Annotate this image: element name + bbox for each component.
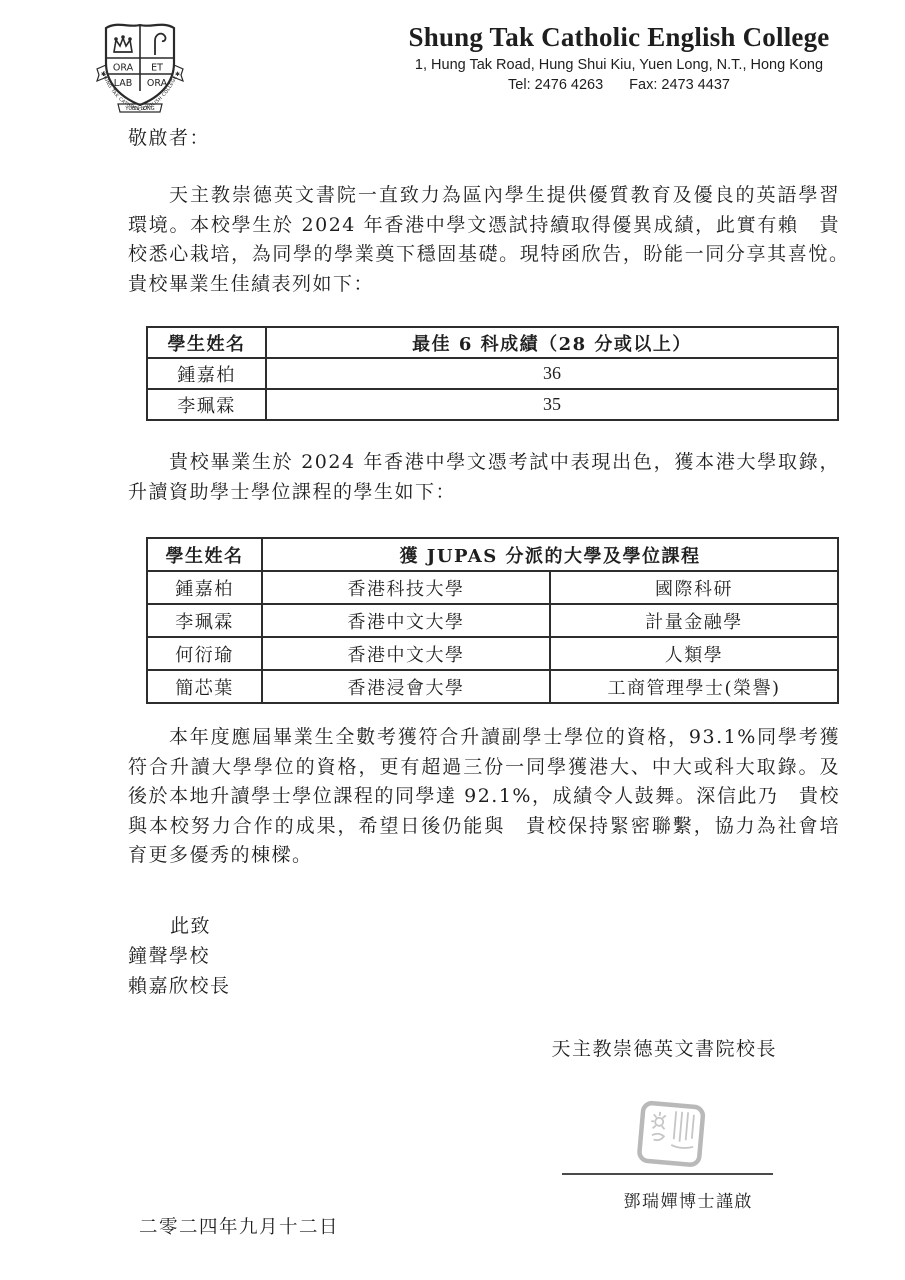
logo-motto-lab: LAB <box>114 78 133 89</box>
university-cell: 香港浸會大學 <box>262 670 550 703</box>
table-row: 李珮霖 35 <box>147 389 838 420</box>
signer-title: 天主教崇德英文書院校長 <box>551 1034 777 1061</box>
column-header-best6: 最佳 6 科成績（28 分或以上） <box>266 327 838 358</box>
salutation: 敬啟者： <box>128 123 210 150</box>
school-name: Shung Tak Catholic English College <box>398 22 840 52</box>
closing-cizhi: 此致 <box>128 911 211 938</box>
paragraph-2: 貴校畢業生於 2024 年香港中學文憑考試中表現出色，獲本港大學取錄，升讀資助學… <box>128 448 840 507</box>
logo-motto-et: ET <box>151 63 163 74</box>
school-contact: Tel: 2476 4263Fax: 2473 4437 <box>398 76 840 94</box>
table-row: 鍾嘉柏 36 <box>147 358 838 389</box>
letterhead: Shung Tak Catholic English College 1, Hu… <box>398 22 840 94</box>
student-name-cell: 何衍瑜 <box>147 637 262 670</box>
table-row: 鍾嘉柏 香港科技大學 國際科研 <box>147 571 838 604</box>
school-fax: Fax: 2473 4437 <box>629 77 730 93</box>
letter-date: 二零二四年九月十二日 <box>139 1213 339 1239</box>
table-row: 李珮霖 香港中文大學 計量金融學 <box>147 604 838 637</box>
programme-cell: 工商管理學士(榮譽) <box>550 670 838 703</box>
programme-cell: 人類學 <box>550 637 838 670</box>
programme-cell: 計量金融學 <box>550 604 838 637</box>
student-name-cell: 李珮霖 <box>147 389 266 420</box>
letter-page: ORA ET LAB ORA ✱ ✱ SHUNG TAK CATHOLIC EN… <box>0 0 905 1280</box>
university-cell: 香港中文大學 <box>262 637 550 670</box>
score-cell: 36 <box>266 358 838 389</box>
student-name-cell: 李珮霖 <box>147 604 262 637</box>
principal-seal-stamp-icon <box>634 1099 710 1173</box>
paragraph-1: 天主教崇德英文書院一直致力為區內學生提供優質教育及優良的英語學習環境。本校學生於… <box>128 181 840 299</box>
column-header-jupas: 獲 JUPAS 分派的大學及學位課程 <box>262 538 838 571</box>
column-header-student-name: 學生姓名 <box>147 327 266 358</box>
school-crest-logo: ORA ET LAB ORA ✱ ✱ SHUNG TAK CATHOLIC EN… <box>85 15 195 115</box>
table-header-row: 學生姓名 最佳 6 科成績（28 分或以上） <box>147 327 838 358</box>
recipient-school: 鐘聲學校 <box>128 941 210 968</box>
score-cell: 35 <box>266 389 838 420</box>
logo-banner-text: YUEN LONG <box>124 106 154 112</box>
signature-line <box>562 1173 773 1175</box>
table-header-row: 學生姓名 獲 JUPAS 分派的大學及學位課程 <box>147 538 838 571</box>
logo-motto-ora2: ORA <box>147 78 168 89</box>
jupas-offers-table: 學生姓名 獲 JUPAS 分派的大學及學位課程 鍾嘉柏 香港科技大學 國際科研 … <box>146 537 839 704</box>
signer-name: 鄧瑞嬋博士謹啟 <box>624 1187 754 1212</box>
school-address: 1, Hung Tak Road, Hung Shui Kiu, Yuen Lo… <box>398 56 840 74</box>
column-header-student-name: 學生姓名 <box>147 538 262 571</box>
student-name-cell: 鍾嘉柏 <box>147 358 266 389</box>
table-row: 簡芯葉 香港浸會大學 工商管理學士(榮譽) <box>147 670 838 703</box>
university-cell: 香港科技大學 <box>262 571 550 604</box>
dse-results-table: 學生姓名 最佳 6 科成績（28 分或以上） 鍾嘉柏 36 李珮霖 35 <box>146 326 839 421</box>
crown-icon <box>114 36 132 52</box>
crozier-icon <box>155 34 165 55</box>
logo-motto-ora1: ORA <box>113 63 134 74</box>
table-row: 何衍瑜 香港中文大學 人類學 <box>147 637 838 670</box>
university-cell: 香港中文大學 <box>262 604 550 637</box>
student-name-cell: 簡芯葉 <box>147 670 262 703</box>
recipient-principal: 賴嘉欣校長 <box>128 971 231 998</box>
programme-cell: 國際科研 <box>550 571 838 604</box>
school-tel: Tel: 2476 4263 <box>508 77 603 93</box>
paragraph-3: 本年度應屆畢業生全數考獲符合升讀副學士學位的資格，93.1%同學考獲符合升讀大學… <box>128 723 840 871</box>
student-name-cell: 鍾嘉柏 <box>147 571 262 604</box>
